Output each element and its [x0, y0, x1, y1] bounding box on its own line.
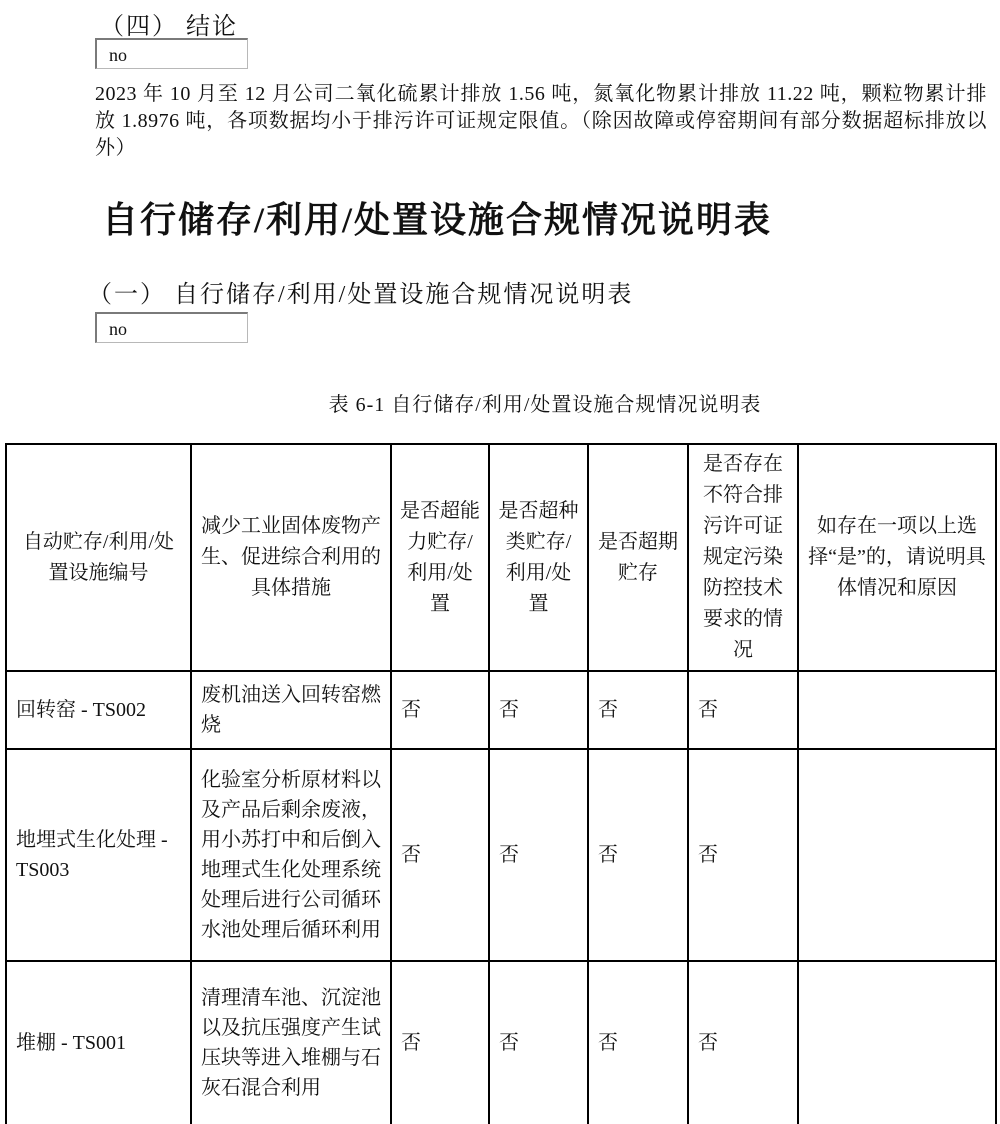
col-header-measures: 减少工业固体废物产生、促进综合利用的具体措施: [191, 444, 391, 671]
cell-over-capacity: 否: [391, 961, 489, 1124]
cell-facility-id: 地埋式生化处理 - TS003: [6, 749, 191, 961]
col-header-facility-id: 自动贮存/利用/处置设施编号: [6, 444, 191, 671]
cell-over-capacity: 否: [391, 749, 489, 961]
table-header-row: 自动贮存/利用/处置设施编号 减少工业固体废物产生、促进综合利用的具体措施 是否…: [6, 444, 996, 671]
cell-over-period: 否: [588, 671, 688, 749]
table-caption: 表 6-1 自行储存/利用/处置设施合规情况说明表: [0, 388, 1000, 417]
col-header-explanation: 如存在一项以上选择“是”的，请说明具体情况和原因: [798, 444, 996, 671]
cell-measures: 废机油送入回转窑燃烧: [191, 671, 391, 749]
cell-facility-id: 堆棚 - TS001: [6, 961, 191, 1124]
conclusion-paragraph: 2023 年 10 月至 12 月公司二氧化硫累计排放 1.56 吨，氮氧化物累…: [95, 81, 987, 162]
compliance-table: 自动贮存/利用/处置设施编号 减少工业固体废物产生、促进综合利用的具体措施 是否…: [5, 443, 997, 1124]
section-one-note-input[interactable]: [95, 312, 248, 343]
cell-measures: 清理清车池、沉淀池以及抗压强度产生试压块等进入堆棚与石灰石混合利用: [191, 961, 391, 1124]
cell-facility-id: 回转窑 - TS002: [6, 671, 191, 749]
cell-over-period: 否: [588, 749, 688, 961]
cell-over-period: 否: [588, 961, 688, 1124]
table-row: 地埋式生化处理 - TS003 化验室分析原材料以及产品后剩余废液，用小苏打中和…: [6, 749, 996, 961]
table-row: 堆棚 - TS001 清理清车池、沉淀池以及抗压强度产生试压块等进入堆棚与石灰石…: [6, 961, 996, 1124]
col-header-noncompliance: 是否存在不符合排污许可证规定污染防控技术要求的情况: [688, 444, 798, 671]
cell-over-capacity: 否: [391, 671, 489, 749]
col-header-over-capacity: 是否超能力贮存/利用/处置: [391, 444, 489, 671]
cell-noncompliance: 否: [688, 671, 798, 749]
col-header-over-type: 是否超种类贮存/利用/处置: [489, 444, 588, 671]
section-one-heading: （一） 自行储存/利用/处置设施合规情况说明表: [88, 274, 633, 309]
conclusion-note-input[interactable]: [95, 38, 248, 69]
cell-explanation: [798, 961, 996, 1124]
cell-over-type: 否: [489, 671, 588, 749]
cell-noncompliance: 否: [688, 749, 798, 961]
conclusion-section-heading: （四） 结论: [100, 6, 238, 41]
page-title: 自行储存/利用/处置设施合规情况说明表: [102, 192, 772, 243]
col-header-over-period: 是否超期贮存: [588, 444, 688, 671]
table-row: 回转窑 - TS002 废机油送入回转窑燃烧 否 否 否 否: [6, 671, 996, 749]
cell-explanation: [798, 749, 996, 961]
cell-over-type: 否: [489, 749, 588, 961]
cell-over-type: 否: [489, 961, 588, 1124]
cell-measures: 化验室分析原材料以及产品后剩余废液，用小苏打中和后倒入地理式生化处理系统处理后进…: [191, 749, 391, 961]
cell-explanation: [798, 671, 996, 749]
cell-noncompliance: 否: [688, 961, 798, 1124]
